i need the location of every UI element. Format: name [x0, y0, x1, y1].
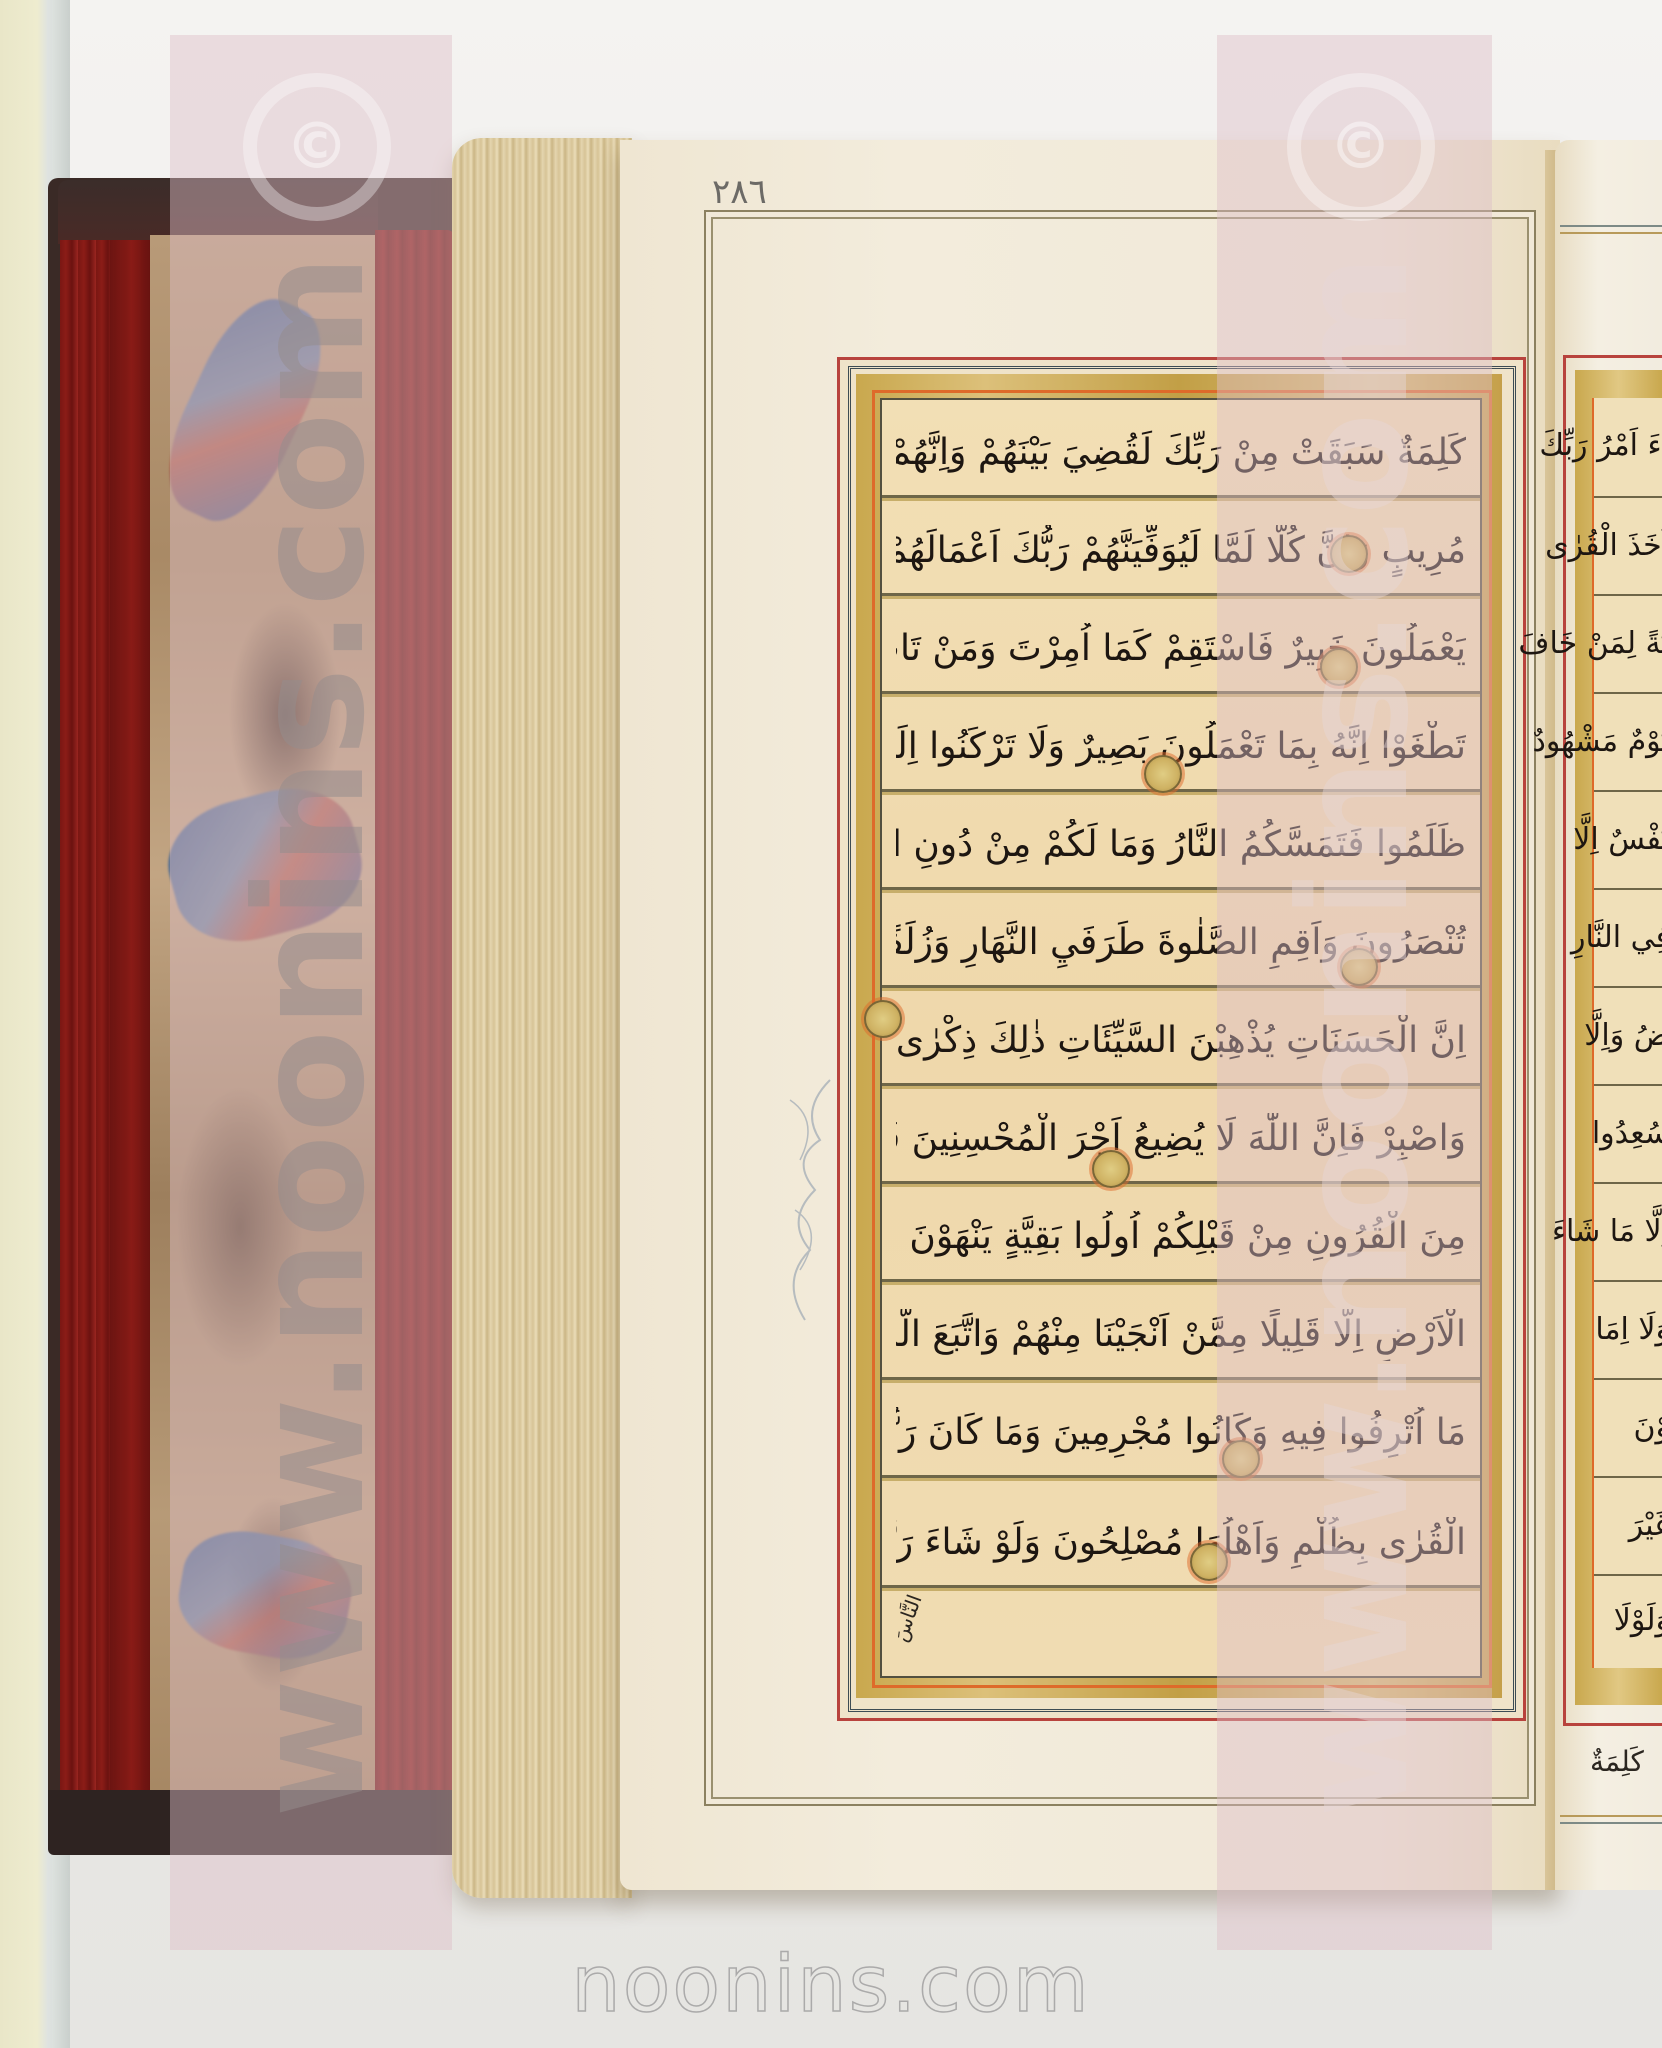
- copyright-icon: ©: [243, 73, 391, 221]
- line-rule: [1594, 1280, 1662, 1282]
- watermark-bottom-text: noonins.com: [0, 1940, 1662, 2030]
- line-rule: [1594, 1378, 1662, 1380]
- watermark-strip-left: © www.noonins.com: [170, 35, 452, 1950]
- line-rule: [1594, 1182, 1662, 1184]
- facing-page-text-block: اٰءَ اَمْرُ رَبِّكَ اَخَذَ الْقُرٰى يَةً…: [1592, 398, 1662, 1668]
- facing-line-fragment: يَةً لِمَنْ خَافَ: [1518, 626, 1662, 661]
- facing-line-fragment: غَيْرَ: [1629, 1508, 1662, 1543]
- facing-line-fragment: وَلَا اِمَا: [1595, 1312, 1662, 1347]
- line-rule: [1594, 1476, 1662, 1478]
- facing-line-fragment: اِلَّا مَا شَاءَ: [1552, 1214, 1662, 1249]
- facing-line-fragment: سُعِدُوا: [1592, 1116, 1662, 1151]
- watermark-vertical-text: www.noonins.com: [1268, 252, 1442, 1818]
- line-rule: [1594, 594, 1662, 596]
- line-rule: [1594, 496, 1662, 498]
- facing-line-fragment: وْنَ: [1633, 1410, 1662, 1445]
- facing-line-fragment: اَخَذَ الْقُرٰى: [1545, 528, 1662, 563]
- verse-marker-rosette: [1144, 755, 1182, 793]
- line-rule: [1594, 1574, 1662, 1576]
- line-rule: [1594, 692, 1662, 694]
- facing-line-fragment: اٰءَ اَمْرُ رَبِّكَ: [1539, 428, 1662, 463]
- facing-page-top-rule: [1560, 225, 1662, 234]
- verse-marker-rosette: [864, 1000, 902, 1038]
- page-number: ٢٨٦: [712, 172, 767, 212]
- line-rule: [1594, 790, 1662, 792]
- line-rule: [1594, 986, 1662, 988]
- page-fore-edge: [452, 138, 632, 1898]
- facing-line-fragment: يَوْمٌ مَشْهُودٌ: [1533, 724, 1662, 759]
- spine-leather-left-inner: [110, 240, 154, 1840]
- watermark-strip-right: © www.noonins.com: [1217, 35, 1492, 1950]
- copyright-icon: ©: [1287, 73, 1435, 221]
- facing-line-fragment: ضُ وَاِلَّا: [1584, 1018, 1662, 1053]
- facing-page-bottom-rule: [1560, 1815, 1662, 1824]
- facing-line-fragment: نَفْسٌ اِلَّا: [1573, 822, 1662, 857]
- line-rule: [1594, 1084, 1662, 1086]
- watermark-vertical-text: www.noonins.com: [224, 252, 398, 1818]
- facing-line-fragment: وَلَوْلَا: [1614, 1603, 1662, 1638]
- verse-marker-rosette: [1092, 1150, 1130, 1188]
- line-rule: [1594, 888, 1662, 890]
- catchword: كَلِمَةٌ: [1590, 1745, 1644, 1778]
- facing-line-fragment: فِي النَّارِ: [1571, 920, 1662, 955]
